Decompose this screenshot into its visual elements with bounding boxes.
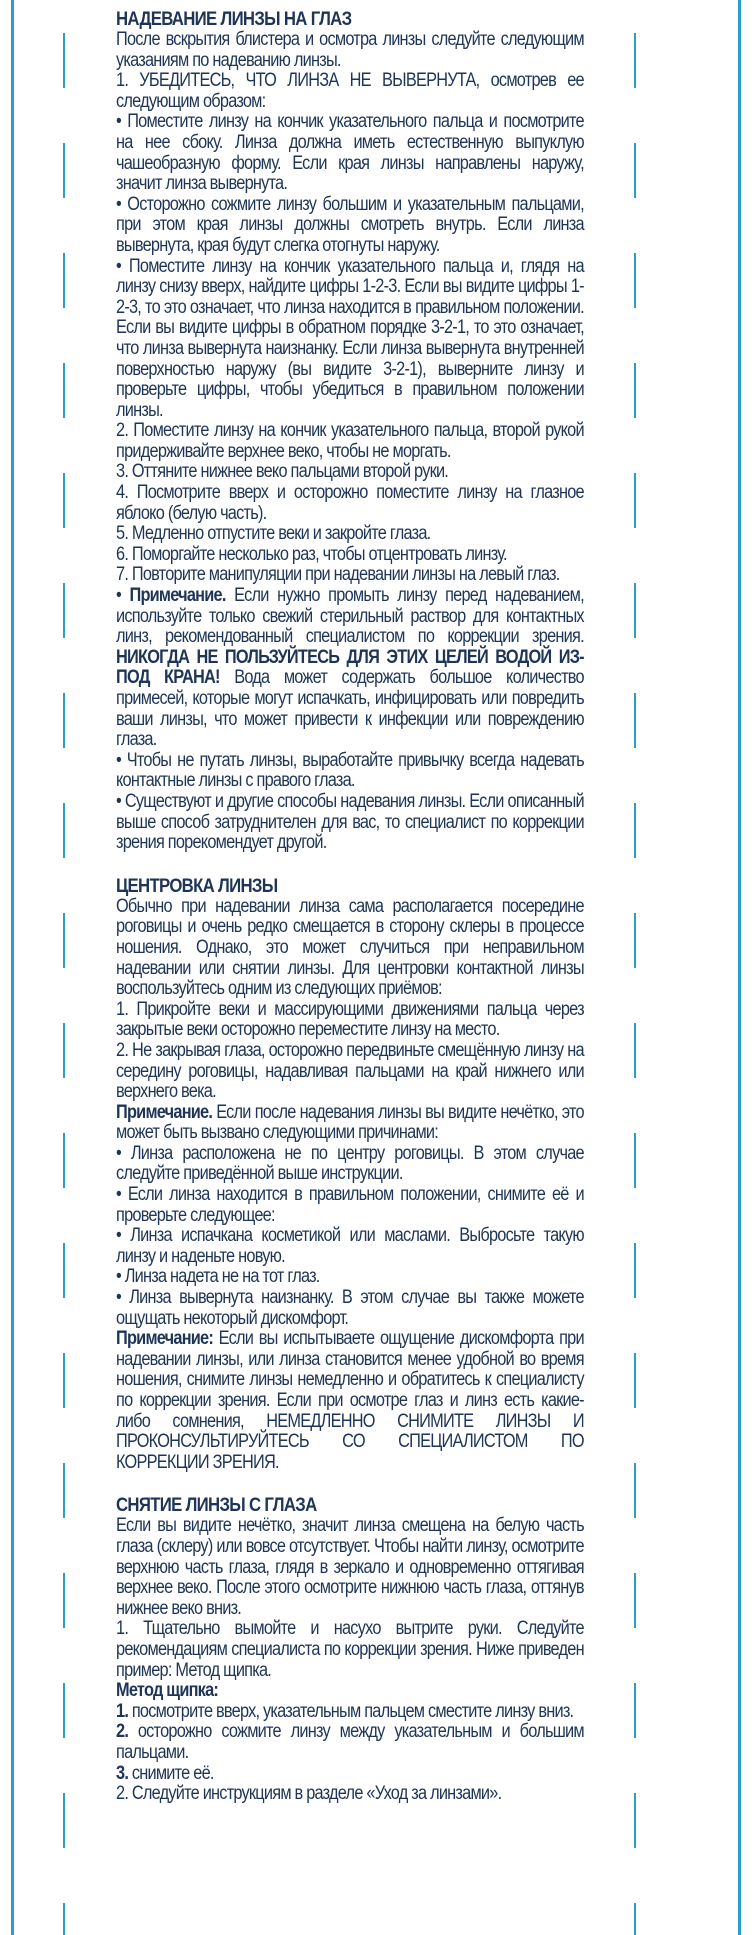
instruction-document: НАДЕВАНИЕ ЛИНЗЫ НА ГЛАЗ После вскрытия б… xyxy=(116,9,584,1805)
section-body: После вскрытия блистера и осмотра линзы … xyxy=(116,30,584,854)
paragraph: Примечание. Если после надевания линзы в… xyxy=(116,1103,584,1144)
paragraph: Метод щипка: xyxy=(116,1681,584,1702)
section-title: НАДЕВАНИЕ ЛИНЗЫ НА ГЛАЗ xyxy=(116,9,584,30)
paragraph: • Линза вывернута наизнанку. В этом случ… xyxy=(116,1288,584,1329)
paragraph: • Поместите линзу на кончик указательног… xyxy=(116,257,584,422)
paragraph: 2. осторожно сожмите линзу между указате… xyxy=(116,1722,584,1763)
section-body: Обычно при надевании линза сама располаг… xyxy=(116,897,584,1474)
paragraph: После вскрытия блистера и осмотра линзы … xyxy=(116,30,584,71)
section-insertion: НАДЕВАНИЕ ЛИНЗЫ НА ГЛАЗ После вскрытия б… xyxy=(116,9,584,854)
section-title: ЦЕНТРОВКА ЛИНЗЫ xyxy=(116,876,584,897)
paragraph: • Если линза находится в правильном поло… xyxy=(116,1185,584,1226)
paragraph: • Чтобы не путать линзы, выработайте при… xyxy=(116,751,584,792)
paragraph: 2. Не закрывая глаза, осторожно передвин… xyxy=(116,1041,584,1103)
paragraph: 7. Повторите манипуляции при надевании л… xyxy=(116,565,584,586)
right-border-line xyxy=(738,0,741,1935)
paragraph: • Поместите линзу на кончик указательног… xyxy=(116,112,584,194)
left-dashed-guide xyxy=(63,33,65,1935)
paragraph: Обычно при надевании линза сама располаг… xyxy=(116,897,584,1000)
paragraph: 1. посмотрите вверх, указательным пальце… xyxy=(116,1702,584,1723)
paragraph: 3. Оттяните нижнее веко пальцами второй … xyxy=(116,462,584,483)
paragraph: 6. Поморгайте несколько раз, чтобы отцен… xyxy=(116,545,584,566)
right-dashed-guide xyxy=(634,33,636,1935)
paragraph: • Линза испачкана косметикой или маслами… xyxy=(116,1226,584,1267)
section-body: Если вы видите нечётко, значит линза сме… xyxy=(116,1516,584,1804)
paragraph: 4. Посмотрите вверх и осторожно поместит… xyxy=(116,483,584,524)
paragraph: • Существуют и другие способы надевания … xyxy=(116,792,584,854)
section-centering: ЦЕНТРОВКА ЛИНЗЫ Обычно при надевании лин… xyxy=(116,876,584,1474)
paragraph: 2. Следуйте инструкциям в разделе «Уход … xyxy=(116,1784,584,1805)
paragraph: • Осторожно сожмите линзу большим и указ… xyxy=(116,195,584,257)
section-title: СНЯТИЕ ЛИНЗЫ С ГЛАЗА xyxy=(116,1495,584,1516)
paragraph: 1. Прикройте веки и массирующими движени… xyxy=(116,1000,584,1041)
section-removal: СНЯТИЕ ЛИНЗЫ С ГЛАЗА Если вы видите нечё… xyxy=(116,1495,584,1804)
paragraph: • Примечание. Если нужно промыть линзу п… xyxy=(116,586,584,751)
paragraph: 3. снимите её. xyxy=(116,1764,584,1785)
paragraph: • Линза надета не на тот глаз. xyxy=(116,1267,584,1288)
left-border-line xyxy=(11,0,14,1935)
paragraph: 1. УБЕДИТЕСЬ, ЧТО ЛИНЗА НЕ ВЫВЕРНУТА, ос… xyxy=(116,71,584,112)
paragraph: • Линза расположена не по центру роговиц… xyxy=(116,1144,584,1185)
paragraph: 2. Поместите линзу на кончик указательно… xyxy=(116,421,584,462)
paragraph: 1. Тщательно вымойте и насухо вытрите ру… xyxy=(116,1619,584,1681)
paragraph: Если вы видите нечётко, значит линза сме… xyxy=(116,1516,584,1619)
paragraph: 5. Медленно отпустите веки и закройте гл… xyxy=(116,524,584,545)
paragraph: Примечание: Если вы испытываете ощущение… xyxy=(116,1329,584,1473)
